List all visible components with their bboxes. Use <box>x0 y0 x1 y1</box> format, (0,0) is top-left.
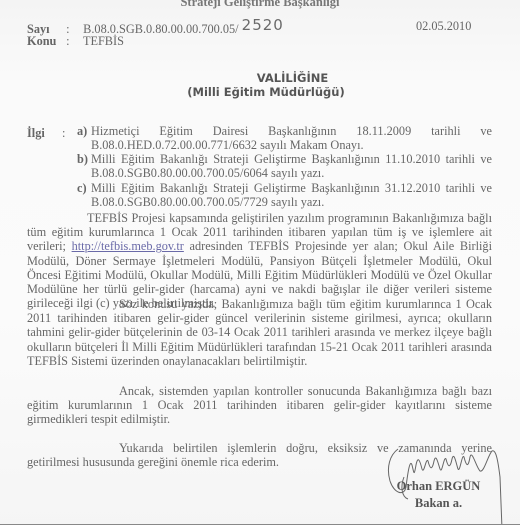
konu-colon: : <box>66 34 80 49</box>
body-paragraph-3: Ancak, sistemden yapılan kontroller sonu… <box>27 384 492 427</box>
signer-title: Bakan a. <box>386 495 491 512</box>
department-header: Strateji Geliştirme Başkanlığı <box>0 0 520 10</box>
addressee-line1: VALİLİĞİNE <box>0 71 520 85</box>
addressee-line2: (Milli Eğitim Müdürlüğü) <box>0 85 520 99</box>
reference-key: b) <box>77 153 90 167</box>
reference-text: Hizmetiçi Eğitim Dairesi Başkanlığının 1… <box>77 125 492 152</box>
signer-name: Orhan ERGÜN <box>386 478 491 495</box>
ilgi-label: İlgi <box>27 126 45 141</box>
document-date: 02.05.2010 <box>416 19 471 34</box>
tefbis-link[interactable]: http://tefbis.meb.gov.tr <box>72 239 184 253</box>
reference-item: c) Milli Eğitim Bakanlığı Strateji Geliş… <box>77 182 492 209</box>
sayi-handwritten-number: 2520 <box>242 16 284 34</box>
page-bottom-edge <box>0 524 520 529</box>
signature-block: Orhan ERGÜN Bakan a. <box>386 478 491 512</box>
paragraph-text: Söz konusu yazıda; Bakanlığımıza bağlı t… <box>27 297 492 368</box>
body-paragraph-1: TEFBİS Projesi kapsamında geliştirilen y… <box>27 211 492 310</box>
addressee-block: VALİLİĞİNE (Milli Eğitim Müdürlüğü) <box>0 71 520 99</box>
reference-text: Milli Eğitim Bakanlığı Strateji Geliştir… <box>77 182 492 209</box>
paragraph-text: Ancak, sistemden yapılan kontroller sonu… <box>27 384 492 426</box>
konu-value: TEFBİS <box>83 34 124 48</box>
konu-label: Konu <box>27 34 63 49</box>
ilgi-colon: : <box>62 126 65 141</box>
reference-item: a) Hizmetiçi Eğitim Dairesi Başkanlığını… <box>77 125 492 152</box>
reference-item: b) Milli Eğitim Bakanlığı Strateji Geliş… <box>77 153 492 180</box>
scanned-document-page: Strateji Geliştirme Başkanlığı Sayı : B.… <box>0 0 520 529</box>
reference-key: c) <box>77 182 90 196</box>
reference-key: a) <box>77 125 90 139</box>
konu-row: Konu : TEFBİS <box>27 34 124 49</box>
reference-text: Milli Eğitim Bakanlığı Strateji Geliştir… <box>77 153 492 180</box>
body-paragraph-2: Söz konusu yazıda; Bakanlığımıza bağlı t… <box>27 297 492 368</box>
